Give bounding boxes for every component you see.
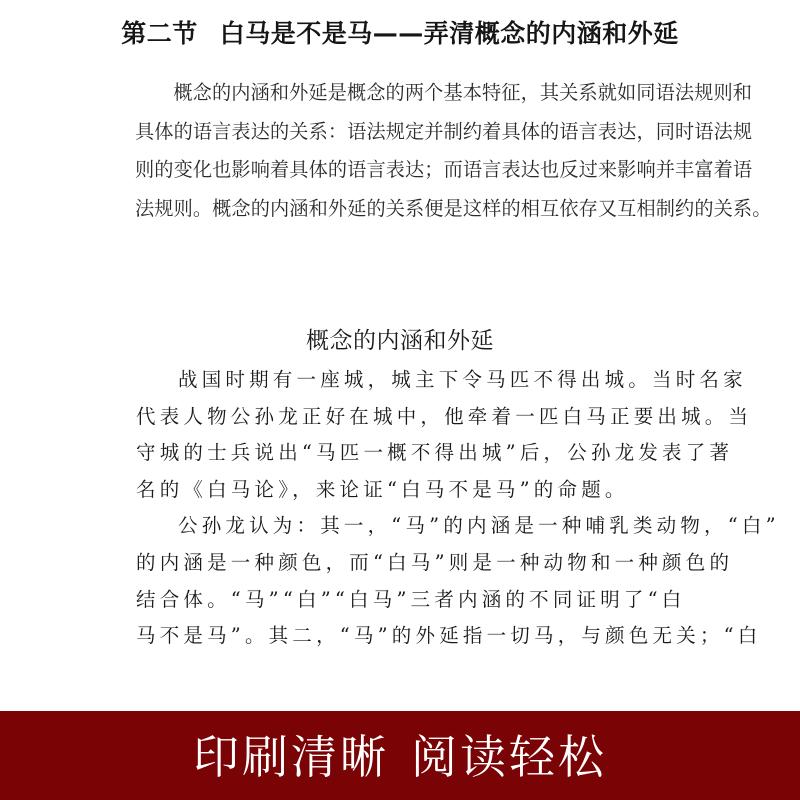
intro-paragraph: 概念的内涵和外延是概念的两个基本特征，其关系就如同语法规则和 具体的语言表达的关… <box>135 74 710 228</box>
body-line: 的内涵是一种颜色，而“白马”则是一种动物和一种颜色的 <box>136 545 704 582</box>
body-line: 结合体。“马”“白”“白马”三者内涵的不同证明了“白 <box>136 582 704 619</box>
body-line: 代表人物公孙龙正好在城中，他牵着一匹白马正要出城。当 <box>136 399 704 436</box>
body-line: 公孙龙认为：其一，“马”的内涵是一种哺乳类动物，“白” <box>136 508 704 545</box>
banner-slogan: 印刷清晰阅读轻松 <box>193 721 607 787</box>
section-title: 第二节白马是不是马——弄清概念的内涵和外延 <box>0 14 800 50</box>
body-line: 马不是马”。其二，“马”的外延指一切马，与颜色无关；“白 <box>136 618 704 655</box>
intro-line: 法规则。概念的内涵和外延的关系便是这样的相互依存又互相制约的关系。 <box>135 190 710 229</box>
body-line: 守城的士兵说出“马匹一概不得出城”后，公孙龙发表了著 <box>136 435 704 472</box>
section-title-text: 白马是不是马——弄清概念的内涵和外延 <box>220 19 679 48</box>
intro-line: 具体的语言表达的关系：语法规定并制约着具体的语言表达，同时语法规 <box>135 113 710 152</box>
sub-heading: 概念的内涵和外延 <box>0 322 800 355</box>
body-text: 战国时期有一座城，城主下令马匹不得出城。当时名家 代表人物公孙龙正好在城中，他牵… <box>136 362 704 655</box>
section-number: 第二节 <box>121 19 198 48</box>
promo-banner: 印刷清晰阅读轻松 <box>0 711 800 800</box>
intro-line: 则的变化也影响着具体的语言表达；而语言表达也反过来影响并丰富着语 <box>135 151 710 190</box>
body-line: 战国时期有一座城，城主下令马匹不得出城。当时名家 <box>136 362 704 399</box>
book-page: 第二节白马是不是马——弄清概念的内涵和外延 概念的内涵和外延是概念的两个基本特征… <box>0 0 800 710</box>
banner-slogan-part1: 印刷清晰 <box>193 730 389 784</box>
intro-line: 概念的内涵和外延是概念的两个基本特征，其关系就如同语法规则和 <box>135 74 710 113</box>
banner-slogan-part2: 阅读轻松 <box>411 730 607 784</box>
body-line: 名的《白马论》，来论证“白马不是马”的命题。 <box>136 472 704 509</box>
